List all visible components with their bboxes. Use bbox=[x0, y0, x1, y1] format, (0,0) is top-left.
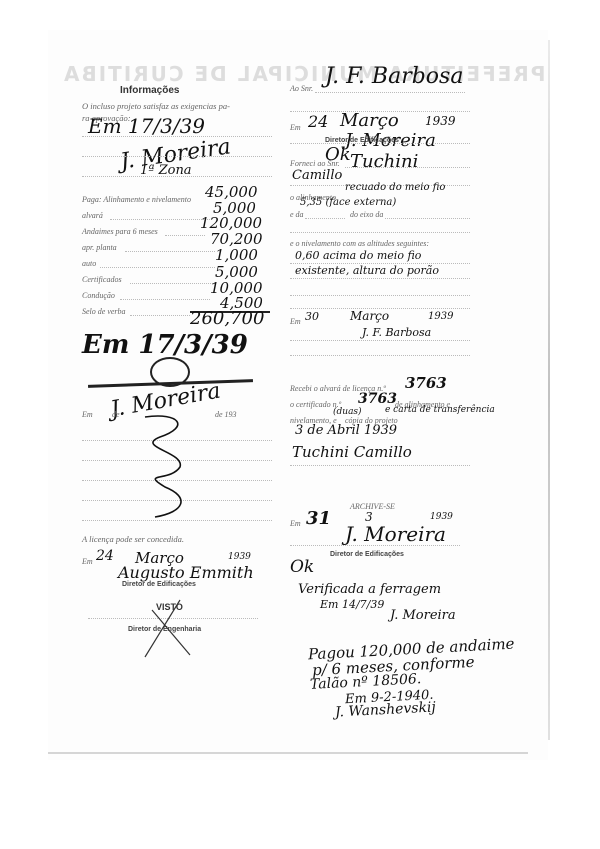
fee-label: Paga: Alinhamento e nivelamento bbox=[82, 195, 191, 204]
handwritten-date-2: Em 17/3/39 bbox=[82, 330, 248, 360]
fee-label: Condução bbox=[82, 291, 115, 300]
nivelamento-value-1: 0,60 acima do meio fio bbox=[295, 249, 421, 262]
cross-mark bbox=[140, 595, 200, 660]
fee-label: Andaimes para 6 meses bbox=[82, 227, 158, 236]
forneci-label: Forneci ao Snr. bbox=[290, 159, 340, 168]
em-label-2: Em bbox=[290, 317, 301, 326]
fee-label: alvará bbox=[82, 211, 103, 220]
ao-snr-value: J. F. Barbosa bbox=[325, 64, 463, 89]
da-label: e da bbox=[290, 210, 304, 219]
handwritten-date-1: Em 17/3/39 bbox=[88, 114, 205, 138]
page-edge-bottom bbox=[48, 752, 528, 754]
fee-label: auto bbox=[82, 259, 96, 268]
informacoes-heading: Informações bbox=[120, 85, 179, 96]
signature-4: J. Moreira bbox=[345, 522, 446, 546]
fee-label: Selo de verba bbox=[82, 307, 126, 316]
licence-em-label: Em bbox=[82, 557, 93, 566]
date2-day: 30 bbox=[305, 310, 319, 323]
alinhamento-value-2: 5,35 (face externa) bbox=[300, 197, 396, 208]
director-edificacoes-right-1: Diretor de Edificações bbox=[325, 137, 399, 144]
intro-line-1: O incluso projeto satisfaz as exigencias… bbox=[82, 101, 230, 111]
flourish-mark bbox=[150, 357, 190, 387]
cancellation-squiggle bbox=[140, 412, 200, 522]
alvara-number: 3763 bbox=[405, 374, 447, 392]
note-verificada-1: Verificada a ferragem bbox=[298, 582, 441, 597]
em-label-3: Em bbox=[290, 519, 301, 528]
em-label-1: Em bbox=[290, 123, 301, 132]
licence-signature: Augusto Emmith bbox=[118, 563, 254, 582]
director-edificacoes-left: Diretor de Edificações bbox=[122, 581, 196, 588]
ao-snr-label: Ao Snr. bbox=[290, 84, 313, 93]
forneci-value-2: Camillo bbox=[292, 168, 342, 183]
director-edificacoes-right-2: Diretor de Edificações bbox=[330, 551, 404, 558]
licence-text: A licença pode ser concedida. bbox=[82, 534, 184, 544]
date1-month: Março bbox=[340, 110, 399, 131]
initials-2: Ok bbox=[290, 557, 314, 577]
fee-label: Certificados bbox=[82, 275, 122, 284]
signature-2: J. F. Barbosa bbox=[362, 326, 431, 339]
fees-total: 260,700 bbox=[190, 308, 264, 329]
carta-value: e carta de transferência bbox=[385, 405, 495, 415]
forneci-value-1: Tuchini bbox=[350, 151, 418, 172]
date1-year: 1939 bbox=[425, 114, 456, 128]
year-label: de 193 bbox=[215, 410, 237, 419]
fee-value: 1,000 bbox=[215, 246, 258, 264]
handwritten-zone: 1ª Zona bbox=[140, 163, 192, 178]
date-3: 3 de Abril 1939 bbox=[295, 423, 397, 438]
licence-year: 1939 bbox=[228, 552, 251, 562]
alinhamento-value-1: recuado do meio fio bbox=[345, 182, 445, 193]
date4-day: 31 bbox=[306, 508, 331, 529]
de-label: de bbox=[112, 410, 120, 419]
signature-5: J. Moreira bbox=[390, 608, 456, 623]
em-label: Em bbox=[82, 410, 93, 419]
signature-3: Tuchini Camillo bbox=[292, 443, 412, 461]
date4-year: 1939 bbox=[430, 512, 453, 522]
licence-day: 24 bbox=[96, 548, 114, 564]
date2-month: Março bbox=[350, 309, 389, 323]
page-edge bbox=[548, 40, 550, 740]
letterhead-watermark: PREFEITURA MUNICIPAL DE CURITIBA bbox=[62, 62, 545, 86]
fee-label: apr. planta bbox=[82, 243, 117, 252]
eixo-label: do eixo da bbox=[350, 210, 383, 219]
nivelamento-label: e o nivelamento com as altitudes seguint… bbox=[290, 239, 429, 248]
date2-year: 1939 bbox=[428, 311, 453, 322]
note-verificada-2: Em 14/7/39 bbox=[320, 598, 384, 611]
date1-day: 24 bbox=[308, 112, 328, 131]
nivelamento-value-2: existente, altura do porão bbox=[295, 264, 439, 277]
